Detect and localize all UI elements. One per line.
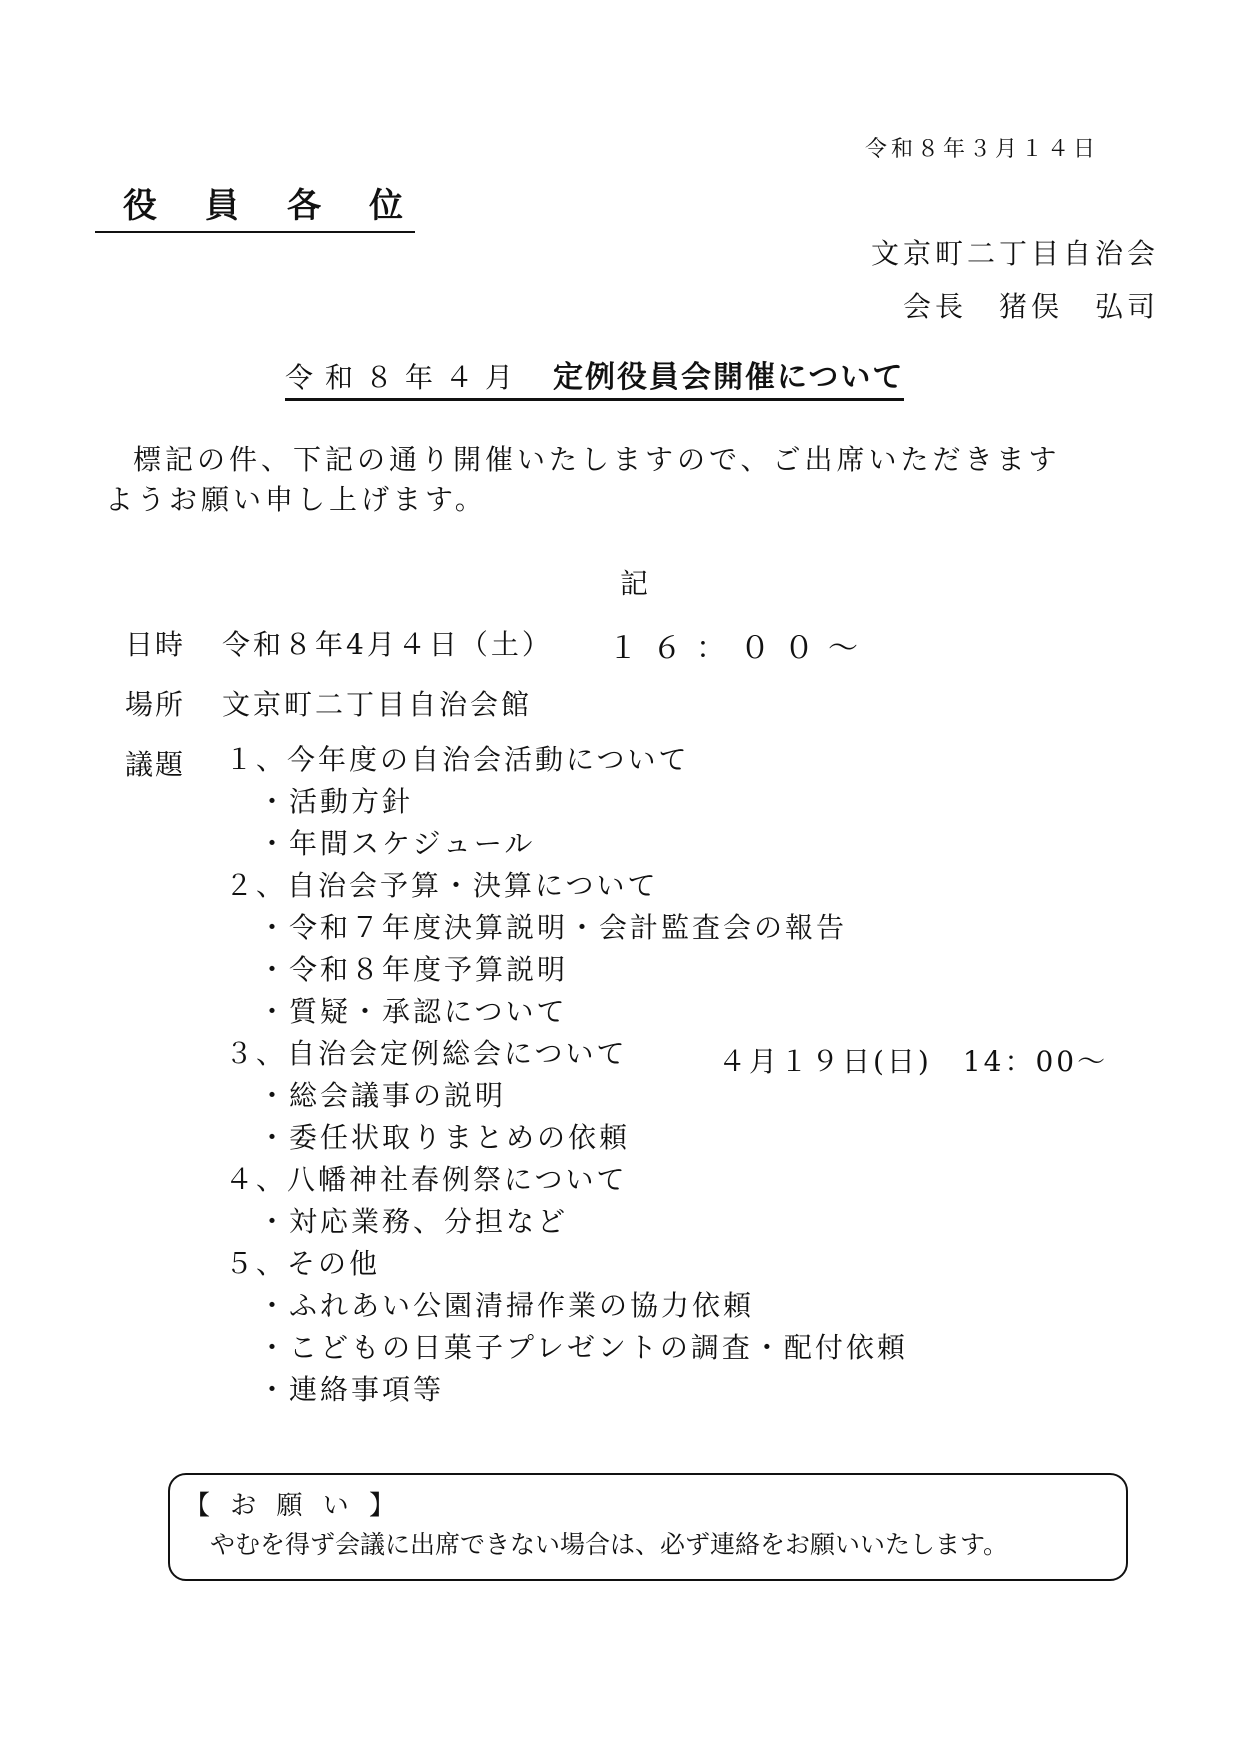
addressee-char: 員 — [205, 186, 239, 226]
agenda-subitem: ・ふれあい公園清掃作業の協力依頼 — [258, 1286, 754, 1326]
place-label: 場所 — [125, 683, 185, 723]
datetime-label: 日時 — [125, 623, 185, 663]
addressee: 役員各位 — [95, 178, 415, 233]
document-date: 令和８年３月１４日 — [865, 132, 1099, 163]
intro-line-1: 標記の件、下記の通り開催いたしますので、ご出席いただきます — [105, 440, 1115, 480]
document-title: 令和８年４月定例役員会開催について — [285, 352, 904, 401]
agenda-subitem: ・委任状取りまとめの依頼 — [258, 1118, 630, 1158]
ki-heading: 記 — [620, 562, 648, 602]
agenda-item-2: ２、自治会予算・決算について — [225, 866, 658, 906]
agenda-subitem: ・連絡事項等 — [258, 1370, 444, 1410]
intro-paragraph: 標記の件、下記の通り開催いたしますので、ご出席いただきます ようお願い申し上げま… — [105, 440, 1115, 520]
addressee-char: 役 — [123, 186, 157, 226]
agenda-item-4: ４、八幡神社春例祭について — [225, 1160, 627, 1200]
agenda-item-3: ３、自治会定例総会について — [225, 1034, 627, 1074]
datetime-value: 令和８年4月４日（土） — [222, 623, 553, 663]
request-notice-box: 【 お 願 い 】 やむを得ず会議に出席できない場合は、必ず連絡をお願いいたしま… — [168, 1473, 1128, 1581]
general-meeting-datetime: ４月１９日(日) 14：00～ — [718, 1040, 1108, 1080]
notice-body: やむを得ず会議に出席できない場合は、必ず連絡をお願いいたします。 — [210, 1525, 1008, 1561]
addressee-char: 各 — [287, 186, 321, 226]
sender-chairperson: 会長 猪俣 弘司 — [903, 285, 1159, 325]
agenda-item-1: １、今年度の自治会活動について — [225, 740, 689, 780]
intro-line-2: ようお願い申し上げます。 — [105, 480, 1115, 520]
title-main: 定例役員会開催について — [553, 360, 904, 395]
place-value: 文京町二丁目自治会館 — [222, 683, 532, 723]
agenda-subitem: ・総会議事の説明 — [258, 1076, 506, 1116]
title-prefix: 令和８年４月 — [285, 361, 525, 394]
notice-heading: 【 お 願 い 】 — [184, 1485, 401, 1522]
agenda-subitem: ・令和７年度決算説明・会計監査会の報告 — [258, 908, 847, 948]
agenda-subitem: ・活動方針 — [258, 782, 413, 822]
meeting-time: １６：００～ — [608, 623, 872, 667]
sender-organization: 文京町二丁目自治会 — [871, 232, 1159, 272]
addressee-char: 位 — [369, 186, 403, 226]
agenda-subitem: ・対応業務、分担など — [258, 1202, 568, 1242]
agenda-subitem: ・年間スケジュール — [258, 824, 535, 864]
agenda-subitem: ・こどもの日菓子プレゼントの調査・配付依頼 — [258, 1328, 908, 1368]
agenda-label: 議題 — [125, 743, 185, 783]
agenda-subitem: ・令和８年度予算説明 — [258, 950, 568, 990]
agenda-subitem: ・質疑・承認について — [258, 992, 567, 1032]
agenda-item-5: ５、その他 — [225, 1244, 380, 1284]
